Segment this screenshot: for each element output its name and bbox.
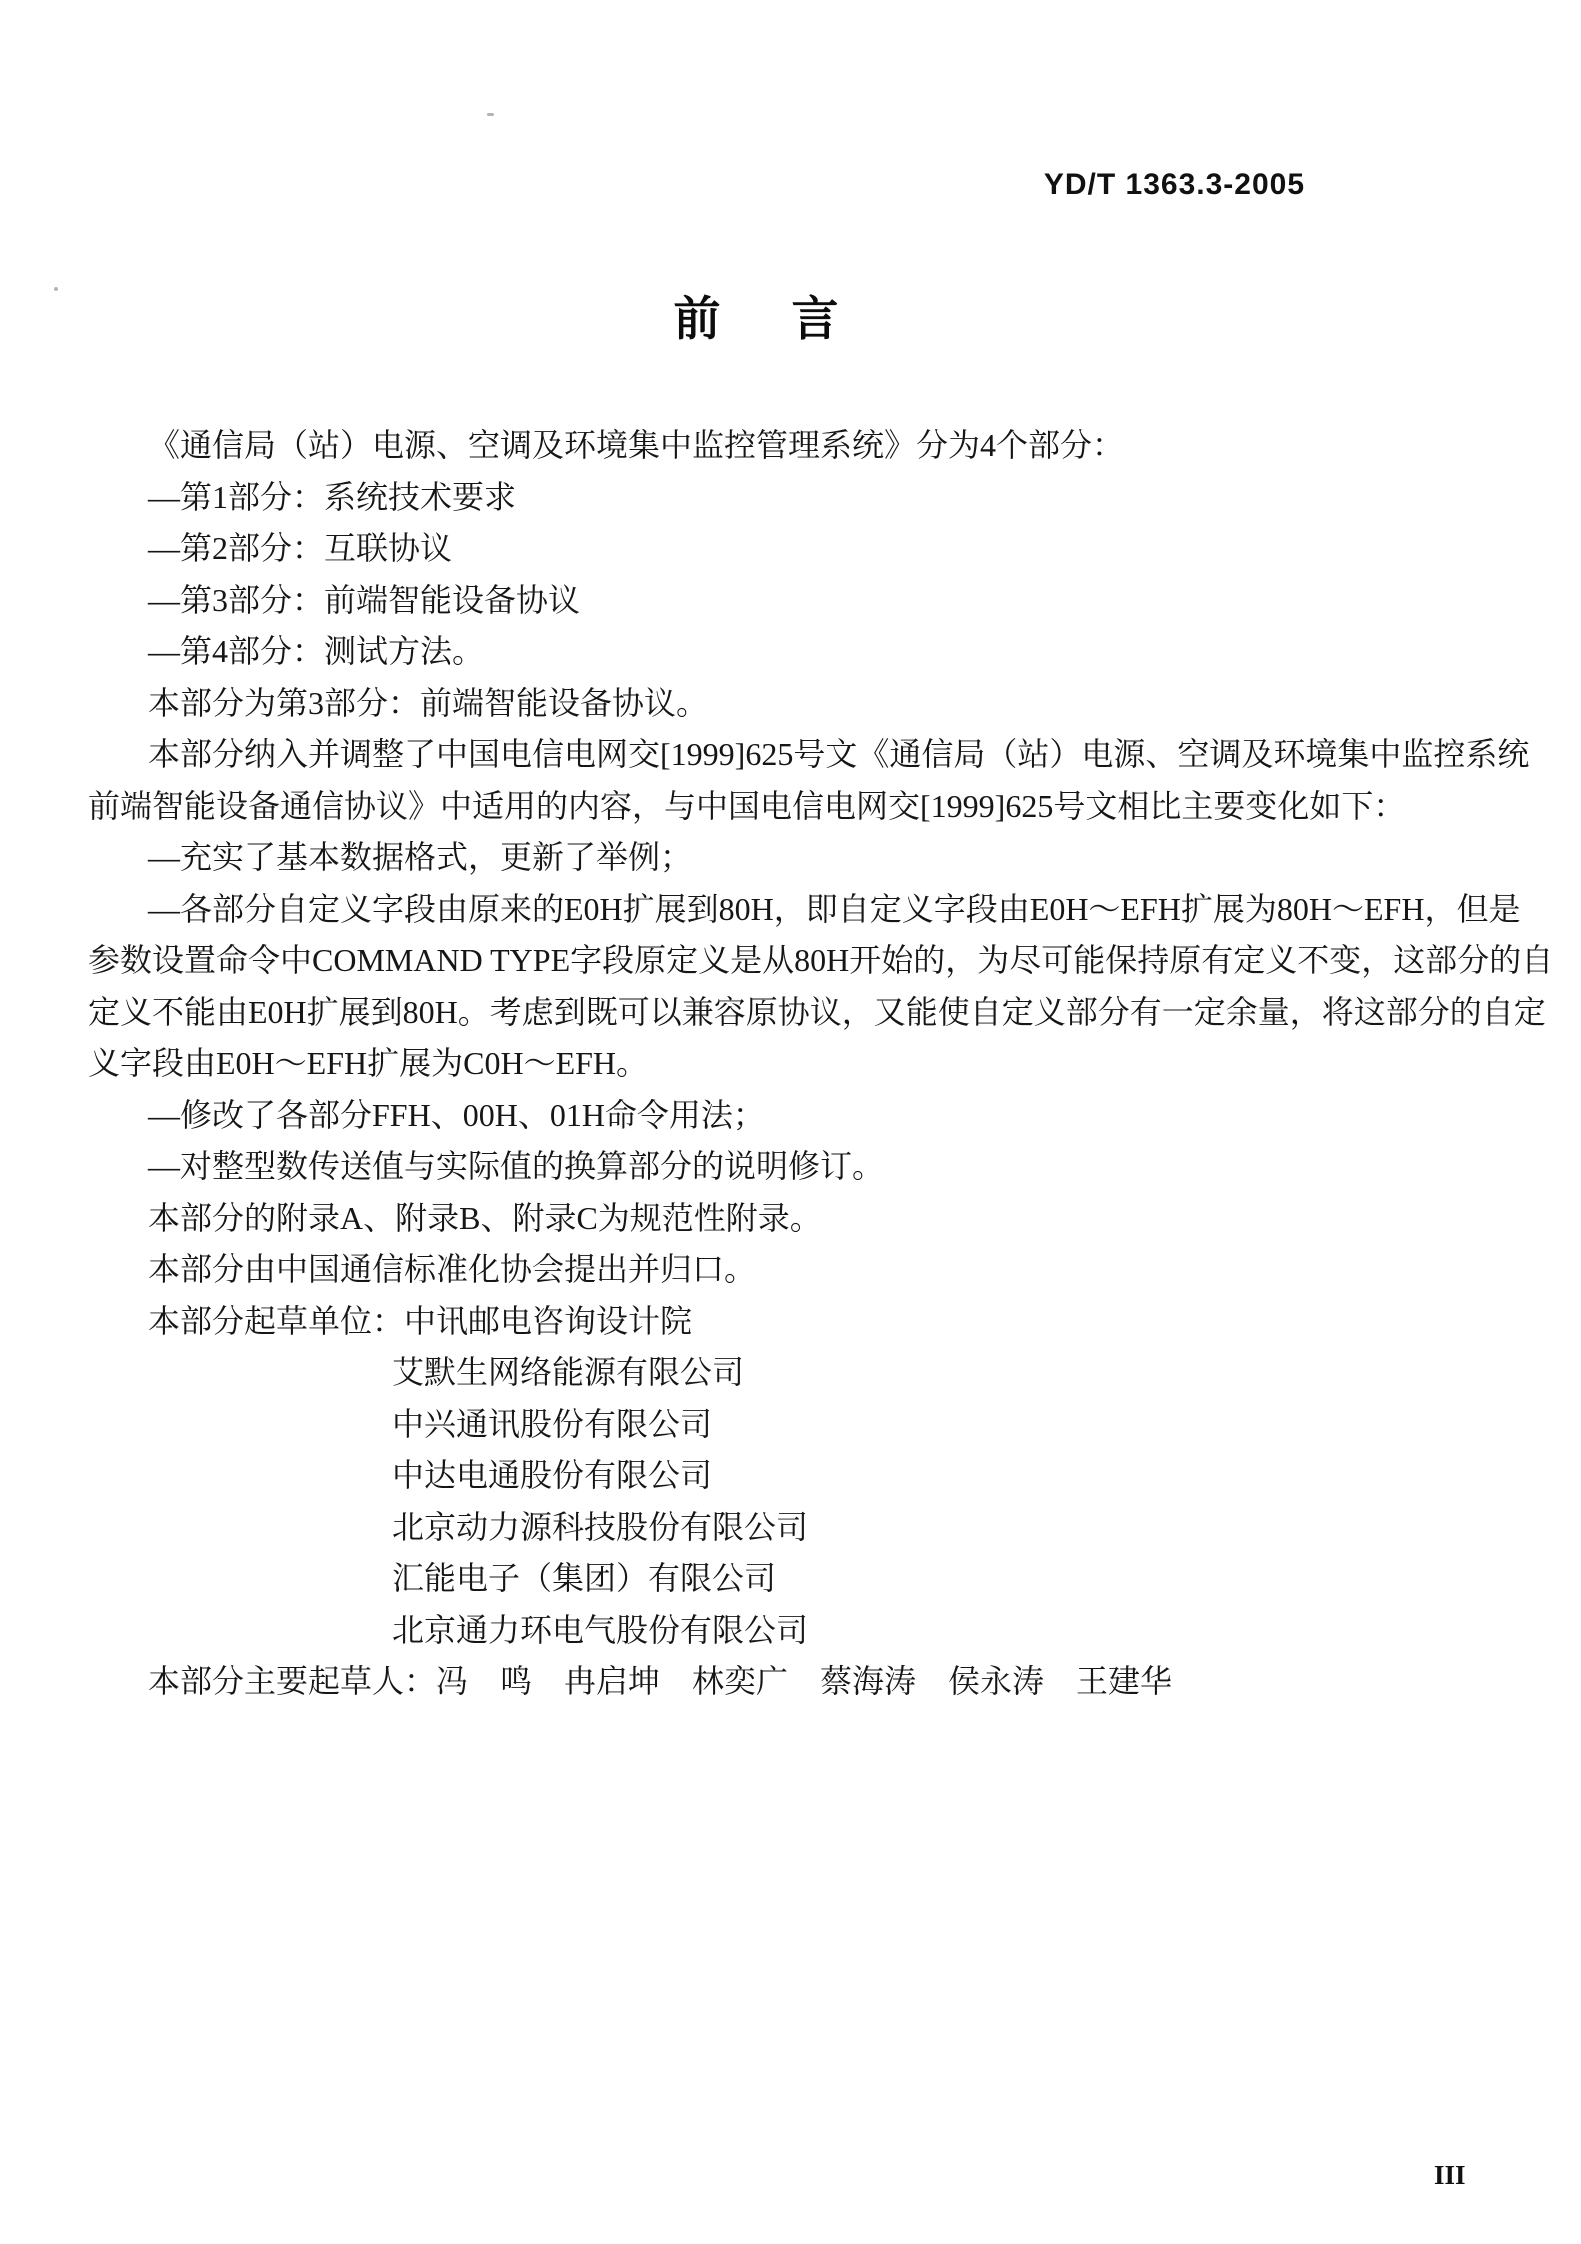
body-line: 义字段由E0H～EFH扩展为C0H～EFH。	[88, 1038, 1534, 1090]
body-line: 本部分主要起草人：冯 鸣 冉启坤 林奕广 蔡海涛 侯永涛 王建华	[88, 1656, 1534, 1708]
body-line: 参数设置命令中COMMAND TYPE字段原定义是从80H开始的，为尽可能保持原…	[88, 935, 1534, 987]
body-line: 本部分由中国通信标准化协会提出并归口。	[88, 1244, 1534, 1296]
body-line: 《通信局（站）电源、空调及环境集中监控管理系统》分为4个部分：	[88, 420, 1534, 472]
body-line: 本部分的附录A、附录B、附录C为规范性附录。	[88, 1193, 1534, 1245]
page-title: 前 言	[0, 282, 1524, 349]
body-line: 定义不能由E0H扩展到80H。考虑到既可以兼容原协议，又能使自定义部分有一定余量…	[88, 987, 1534, 1039]
body-line: —充实了基本数据格式，更新了举例；	[88, 832, 1534, 884]
body-line: —第2部分：互联协议	[88, 523, 1534, 575]
body-line: 本部分为第3部分：前端智能设备协议。	[88, 678, 1534, 730]
body-line: 本部分起草单位：中讯邮电咨询设计院	[88, 1296, 1534, 1348]
body-line: 中达电通股份有限公司	[88, 1450, 1534, 1502]
body-line: 北京动力源科技股份有限公司	[88, 1502, 1534, 1554]
body-line: 前端智能设备通信协议》中适用的内容，与中国电信电网交[1999]625号文相比主…	[88, 781, 1534, 833]
body-line: —第4部分：测试方法。	[88, 626, 1534, 678]
document-page: YD/T 1363.3-2005 前 言 《通信局（站）电源、空调及环境集中监控…	[0, 0, 1581, 2244]
page-number: III	[1434, 2160, 1466, 2191]
body-line: —修改了各部分FFH、00H、01H命令用法；	[88, 1090, 1534, 1142]
body-line: 北京通力环电气股份有限公司	[88, 1605, 1534, 1657]
standard-code: YD/T 1363.3-2005	[1044, 168, 1305, 202]
body-line: 汇能电子（集团）有限公司	[88, 1553, 1534, 1605]
foreword-body: 《通信局（站）电源、空调及环境集中监控管理系统》分为4个部分：—第1部分：系统技…	[88, 420, 1534, 1708]
body-line: —第1部分：系统技术要求	[88, 472, 1534, 524]
scan-artifact	[54, 287, 58, 291]
body-line: —对整型数传送值与实际值的换算部分的说明修订。	[88, 1141, 1534, 1193]
scan-artifact	[487, 113, 494, 116]
body-line: —各部分自定义字段由原来的E0H扩展到80H，即自定义字段由E0H～EFH扩展为…	[88, 884, 1534, 936]
body-line: 本部分纳入并调整了中国电信电网交[1999]625号文《通信局（站）电源、空调及…	[88, 729, 1534, 781]
body-line: 中兴通讯股份有限公司	[88, 1399, 1534, 1451]
body-line: —第3部分：前端智能设备协议	[88, 575, 1534, 627]
body-line: 艾默生网络能源有限公司	[88, 1347, 1534, 1399]
